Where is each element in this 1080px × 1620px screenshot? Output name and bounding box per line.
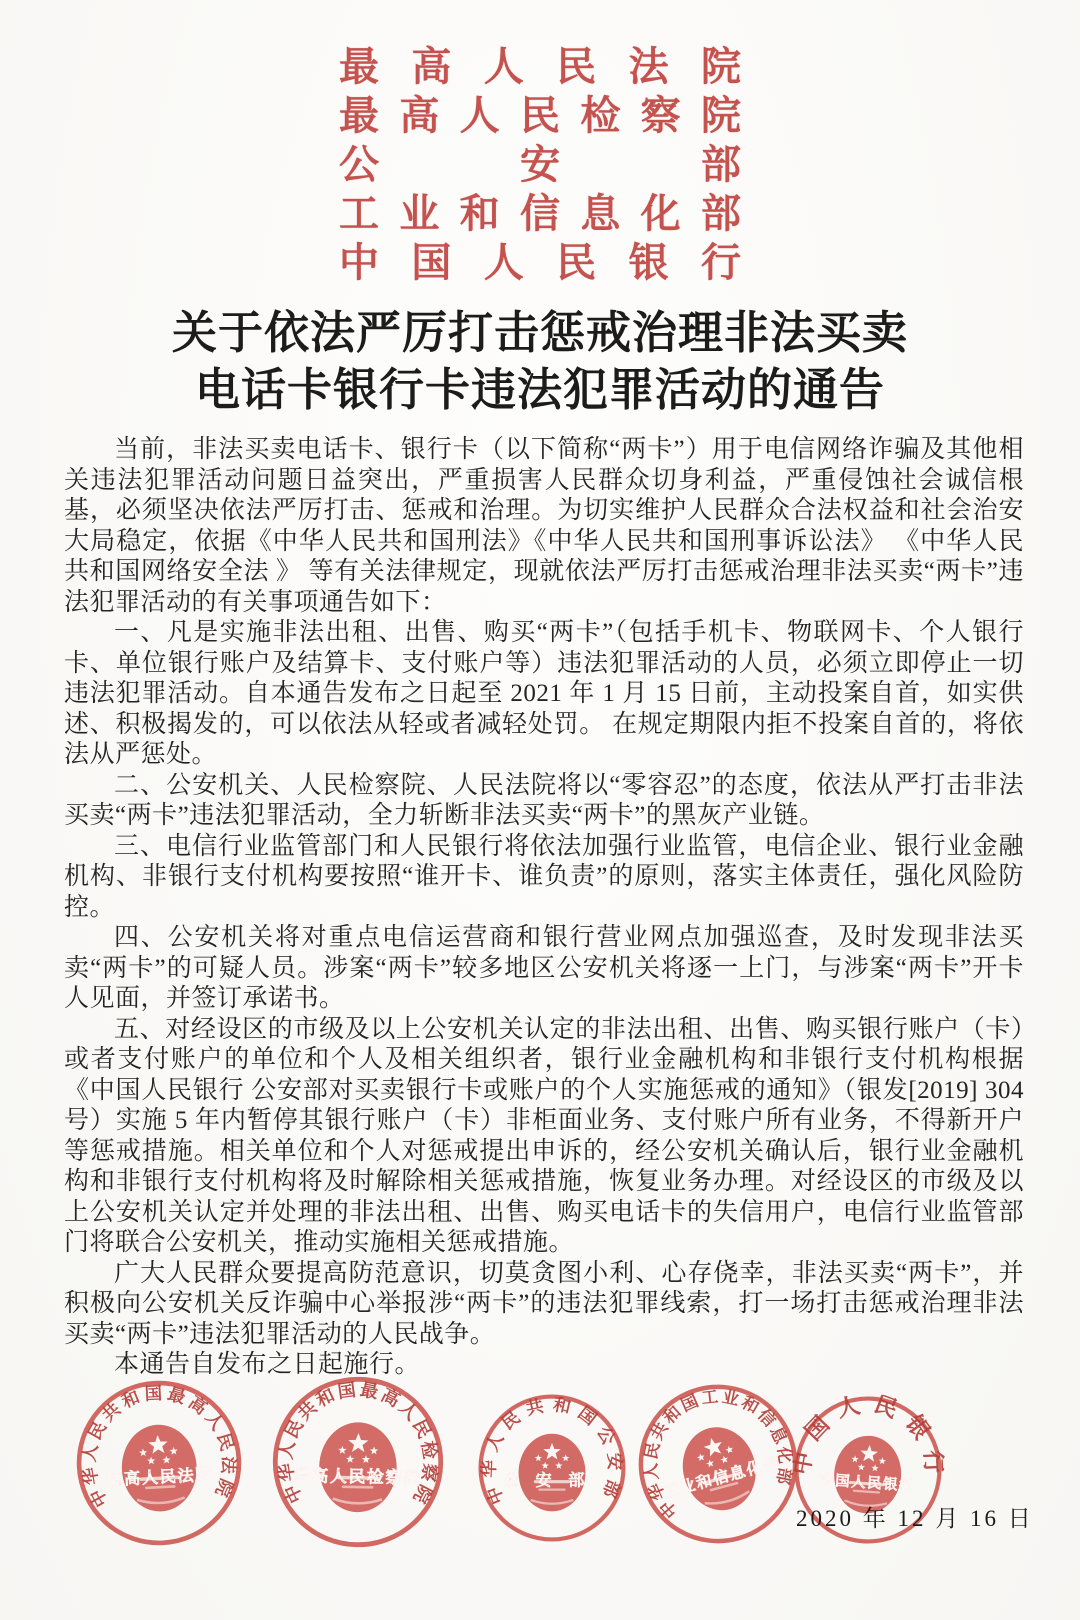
document-title: 关于依法严厉打击惩戒治理非法买卖 电话卡银行卡违法犯罪活动的通告 xyxy=(0,305,1080,419)
agency-name-character: 安 xyxy=(520,140,560,189)
agency-name-character: 和 xyxy=(460,189,500,238)
seal-center-label: 公安部 xyxy=(503,1470,601,1489)
agency-name-character: 部 xyxy=(701,140,741,189)
agency-name-character: 民 xyxy=(556,238,596,287)
agency-name-character: 国 xyxy=(411,238,451,287)
seal-graphic: 中华人民共和国最高人民检察院 最高人民检察院 xyxy=(268,1372,447,1551)
issue-date: 2020 年 12 月 16 日 xyxy=(796,1500,1034,1533)
body-paragraph: 四、公安机关将对重点电信运营商和银行营业网点加强巡查，及时发现非法买卖“两卡”的… xyxy=(64,923,1024,1015)
agency-name-character: 院 xyxy=(701,91,741,140)
agency-name-character: 中 xyxy=(339,238,379,287)
scanned-notice-page: 最高人民法院最高人民检察院公安部工业和信息化部中国人民银行 关于依法严厉打击惩戒… xyxy=(0,0,1080,1620)
agency-name-character: 银 xyxy=(629,238,669,287)
agency-name-character: 检 xyxy=(580,91,620,140)
agency-name-character: 工 xyxy=(339,189,379,238)
body-paragraph: 一、凡是实施非法出租、出售、购买“两卡”（包括手机卡、物联网卡、个人银行卡、单位… xyxy=(64,618,1024,771)
official-seal: 中华人民共和国最高人民法院 最高人民法院 xyxy=(70,1374,249,1553)
agency-name-character: 人 xyxy=(460,91,500,140)
agency-name: 最高人民检察院 xyxy=(339,91,741,140)
issuing-agencies-header: 最高人民法院最高人民检察院公安部工业和信息化部中国人民银行 xyxy=(339,42,741,287)
agency-name-character: 人 xyxy=(484,42,524,91)
document-body: 当前，非法买卖电话卡、银行卡（以下简称“两卡”）用于电信网络诈骗及其他相关违法犯… xyxy=(64,435,1024,1381)
agency-name-character: 法 xyxy=(629,42,669,91)
agency-name-character: 信 xyxy=(520,189,560,238)
seal-graphic: 中华人民共和国公安部 公安部 xyxy=(476,1392,628,1544)
agency-name: 公安部 xyxy=(339,140,741,189)
body-paragraph: 当前，非法买卖电话卡、银行卡（以下简称“两卡”）用于电信网络诈骗及其他相关违法犯… xyxy=(64,435,1024,618)
agency-name-character: 院 xyxy=(701,42,741,91)
seal-graphic: 中华人民共和国最高人民法院 最高人民法院 xyxy=(70,1374,249,1553)
body-paragraph: 五、对经设区的市级及以上公安机关认定的非法出租、出售、购买银行账户（卡）或者支付… xyxy=(64,1015,1024,1259)
agency-name-character: 化 xyxy=(641,189,681,238)
body-paragraph: 二、公安机关、人民检察院、人民法院将以“零容忍”的态度，依法从严打击非法买卖“两… xyxy=(64,771,1024,832)
agency-name-character: 息 xyxy=(580,189,620,238)
agency-name-character: 民 xyxy=(556,42,596,91)
agency-name-character: 业 xyxy=(399,189,439,238)
agency-name-character: 部 xyxy=(701,189,741,238)
agency-name-character: 最 xyxy=(339,91,379,140)
body-paragraph: 广大人民群众要提高防范意识，切莫贪图小利、心存侥幸，非法买卖“两卡”，并积极向公… xyxy=(64,1259,1024,1351)
official-seal: 中华人民共和国公安部 公安部 xyxy=(476,1392,628,1544)
agency-name-character: 民 xyxy=(520,91,560,140)
official-seal: 中华人民共和国最高人民检察院 最高人民检察院 xyxy=(268,1372,447,1551)
seal-center-label: 最高人民检察院 xyxy=(293,1465,423,1487)
agency-name-character: 高 xyxy=(399,91,439,140)
agency-name-character: 高 xyxy=(411,42,451,91)
body-paragraph: 三、电信行业监管部门和人民银行将依法加强行业监管，电信企业、银行业金融机构、非银… xyxy=(64,832,1024,924)
document-title-line2: 电话卡银行卡违法犯罪活动的通告 xyxy=(0,362,1080,419)
agency-name-character: 察 xyxy=(641,91,681,140)
agency-name-character: 行 xyxy=(701,238,741,287)
agency-name: 最高人民法院 xyxy=(339,42,741,91)
agency-name: 中国人民银行 xyxy=(339,238,741,287)
agency-name-character: 人 xyxy=(484,238,524,287)
document-title-line1: 关于依法严厉打击惩戒治理非法买卖 xyxy=(0,305,1080,362)
agency-name-character: 公 xyxy=(339,140,379,189)
agency-name: 工业和信息化部 xyxy=(339,189,741,238)
agency-name-character: 最 xyxy=(339,42,379,91)
